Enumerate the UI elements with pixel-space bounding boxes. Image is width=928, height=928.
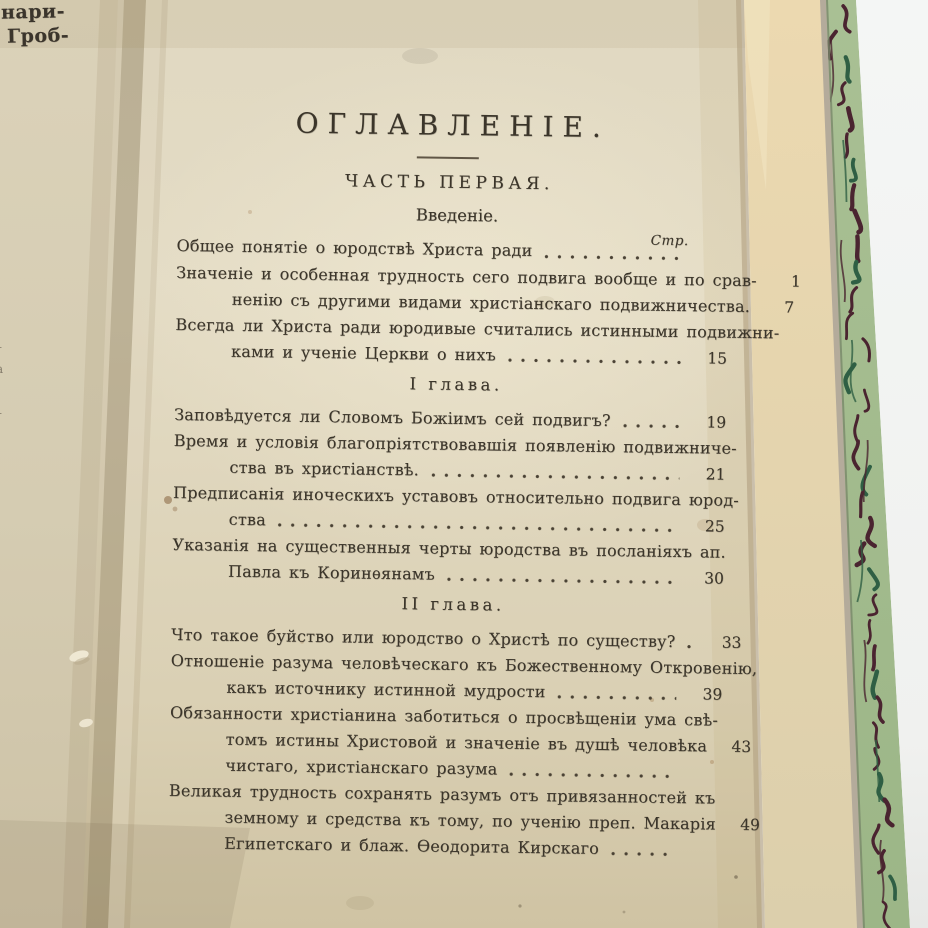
page-number: 43 bbox=[715, 734, 759, 761]
section-heading: II глава. bbox=[171, 588, 731, 622]
page-number bbox=[734, 558, 778, 559]
part-heading: ЧАСТЬ ПЕРВАЯ. bbox=[157, 168, 737, 198]
dot-leader bbox=[447, 577, 678, 585]
edge-mark: · bbox=[0, 424, 3, 446]
page-number: 30 bbox=[688, 565, 732, 592]
facing-page-fragment: Гроб- bbox=[7, 24, 70, 47]
page-number: 39 bbox=[686, 681, 730, 708]
page-title: ОГЛАВЛЕНІЕ. bbox=[158, 106, 738, 146]
dot-leader bbox=[431, 473, 679, 481]
dot-leader bbox=[509, 772, 675, 779]
facing-page: нари- Гроб- –а·–· bbox=[0, 0, 140, 928]
dot-leader bbox=[278, 522, 679, 533]
page-number: 15 bbox=[691, 345, 735, 372]
page-number: 33 bbox=[705, 629, 749, 656]
dot-leader bbox=[557, 694, 676, 701]
page-number bbox=[684, 855, 728, 856]
title-rule bbox=[417, 156, 479, 159]
dot-leader bbox=[687, 644, 695, 649]
page-number bbox=[765, 674, 809, 675]
dot-leader bbox=[611, 851, 674, 857]
dot-leader bbox=[623, 423, 681, 429]
toc-entry-text: Египетскаго и блаж. Ѳеодорита Кирскаго bbox=[168, 830, 599, 862]
toc-page: ОГЛАВЛЕНІЕ. ЧАСТЬ ПЕРВАЯ. Введеніе.Общее… bbox=[148, 0, 740, 864]
page-number bbox=[787, 339, 831, 340]
dot-leader bbox=[544, 254, 682, 261]
book-photo: нари- Гроб- –а·–· ОГЛАВЛЕНІЕ. ЧАСТЬ ПЕРВ… bbox=[0, 0, 928, 928]
section-heading: I глава. bbox=[174, 368, 734, 402]
page-number: 49 bbox=[724, 812, 768, 839]
page-column-header: Стр. bbox=[651, 228, 695, 255]
toc-entry-text: ками и ученіе Церкви о нихъ bbox=[175, 338, 496, 368]
edge-mark: · bbox=[0, 380, 3, 402]
facing-page-fragment: нари- bbox=[1, 0, 65, 23]
edge-mark: – bbox=[0, 336, 3, 358]
facing-page-edge-marks: –а·–· bbox=[0, 336, 3, 446]
page-number: 1 bbox=[765, 268, 809, 295]
edge-mark: – bbox=[0, 402, 3, 424]
dot-leader bbox=[508, 358, 681, 365]
edge-mark: а bbox=[0, 358, 3, 380]
page-number bbox=[745, 454, 789, 455]
page-number: 7 bbox=[758, 294, 802, 321]
toc-entry-text: ства въ христіанствѣ. bbox=[173, 454, 419, 483]
page-number bbox=[723, 804, 767, 805]
toc-entry-text: ства bbox=[173, 506, 267, 533]
toc-entry-text: Павла къ Коринѳянамъ bbox=[172, 558, 435, 588]
page-number bbox=[747, 506, 791, 507]
page-number bbox=[726, 726, 770, 727]
toc-entry-text: Общее понятіе о юродствѣ Христа ради bbox=[176, 233, 532, 264]
page-number: 25 bbox=[689, 513, 733, 540]
page-number: 21 bbox=[689, 461, 733, 488]
page-number bbox=[685, 777, 729, 778]
toc-list: Введеніе.Общее понятіе о юродствѣ Христа… bbox=[148, 199, 737, 864]
page-number: 19 bbox=[690, 409, 734, 436]
